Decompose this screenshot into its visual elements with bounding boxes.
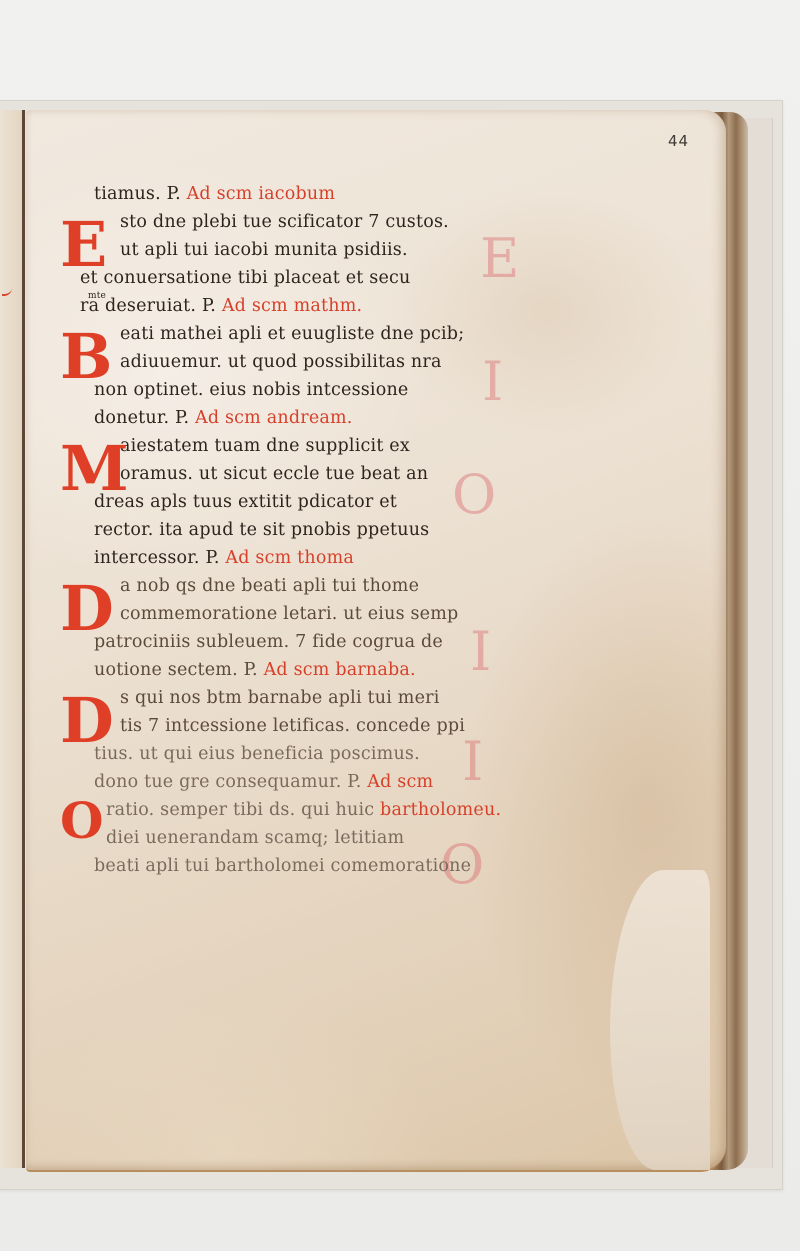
text-line: O ratio. semper tibi ds. qui huic bartho… bbox=[66, 796, 526, 824]
text-line: D a nob qs dne beati apli tui thome bbox=[66, 572, 526, 600]
line-text: s qui nos btm barnabe apli tui meri bbox=[120, 688, 440, 708]
line-text: commemoratione letari. ut eius semp bbox=[120, 604, 458, 624]
text-line: dono tue gre consequamur. P. Ad scm bbox=[66, 768, 526, 796]
text-line: M aiestatem tuam dne supplicit ex bbox=[66, 432, 526, 460]
text-line: donetur. P. Ad scm andream. bbox=[66, 404, 526, 432]
line-text: donetur. P. bbox=[94, 408, 189, 428]
line-text: beati apli tui bartholomei comemoratione bbox=[94, 856, 471, 876]
rubric-heading: Ad scm mathm. bbox=[222, 296, 362, 316]
line-text: intercessor. P. bbox=[94, 548, 220, 568]
text-line: patrociniis subleuem. 7 fide cogrua de bbox=[66, 628, 526, 656]
text-line: mte ra deseruiat. P. Ad scm mathm. bbox=[66, 292, 526, 320]
rubric-heading: Ad scm iacobum bbox=[187, 184, 336, 204]
text-line: commemoratione letari. ut eius semp bbox=[66, 600, 526, 628]
facing-page-rubric-mark bbox=[2, 288, 12, 296]
line-text: oramus. ut sicut eccle tue beat an bbox=[120, 464, 428, 484]
line-text: sto dne plebi tue scificator 7 custos. bbox=[120, 212, 449, 232]
line-text: tiamus. P. bbox=[94, 184, 181, 204]
line-text: uotione sectem. P. bbox=[94, 660, 258, 680]
text-line: rector. ita apud te sit pnobis ppetuus bbox=[66, 516, 526, 544]
line-text: dono tue gre consequamur. P. bbox=[94, 772, 362, 792]
text-line: D s qui nos btm barnabe apli tui meri bbox=[66, 684, 526, 712]
text-line: diei uenerandam scamq; letitiam bbox=[66, 824, 526, 852]
line-text: aiestatem tuam dne supplicit ex bbox=[120, 436, 410, 456]
text-line: non optinet. eius nobis intcessione bbox=[66, 376, 526, 404]
text-line: et conuersatione tibi placeat et secu bbox=[66, 264, 526, 292]
line-text: rector. ita apud te sit pnobis ppetuus bbox=[94, 520, 429, 540]
rubric-heading: Ad scm andream. bbox=[195, 408, 353, 428]
text-line: ut apli tui iacobi munita psidiis. bbox=[66, 236, 526, 264]
line-text: ratio. semper tibi ds. qui huic bbox=[106, 800, 374, 820]
line-text: et conuersatione tibi placeat et secu bbox=[80, 268, 411, 288]
line-text: non optinet. eius nobis intcessione bbox=[94, 380, 409, 400]
text-line: oramus. ut sicut eccle tue beat an bbox=[66, 460, 526, 488]
text-line: uotione sectem. P. Ad scm barnaba. bbox=[66, 656, 526, 684]
line-text: adiuuemur. ut quod possibilitas nra bbox=[120, 352, 442, 372]
text-line: adiuuemur. ut quod possibilitas nra bbox=[66, 348, 526, 376]
line-text: diei uenerandam scamq; letitiam bbox=[106, 828, 404, 848]
rubric-heading: Ad scm thoma bbox=[225, 548, 354, 568]
line-text: tius. ut qui eius beneficia poscimus. bbox=[94, 744, 420, 764]
line-text: dreas apls tuus extitit pdicator et bbox=[94, 492, 397, 512]
manuscript-text-block: tiamus. P. Ad scm iacobum E sto dne pleb… bbox=[66, 180, 526, 880]
text-line: beati apli tui bartholomei comemoratione bbox=[66, 852, 526, 880]
text-line: intercessor. P. Ad scm thoma bbox=[66, 544, 526, 572]
facing-page-edge bbox=[0, 110, 25, 1168]
text-line: tiamus. P. Ad scm iacobum bbox=[66, 180, 526, 208]
rubric-heading: Ad scm bbox=[367, 772, 433, 792]
line-text: tis 7 intcessione letificas. concede ppi bbox=[120, 716, 465, 736]
text-line: tius. ut qui eius beneficia poscimus. bbox=[66, 740, 526, 768]
line-text: patrociniis subleuem. 7 fide cogrua de bbox=[94, 632, 443, 652]
line-text: a nob qs dne beati apli tui thome bbox=[120, 576, 419, 596]
folio-number: 44 bbox=[668, 132, 689, 150]
line-text: eati mathei apli et euuglistе dne pcib; bbox=[120, 324, 464, 344]
rubric-heading: Ad scm barnaba. bbox=[264, 660, 416, 680]
interlinear-correction: mte bbox=[88, 282, 106, 310]
text-line: tis 7 intcessione letificas. concede ppi bbox=[66, 712, 526, 740]
text-line: dreas apls tuus extitit pdicator et bbox=[66, 488, 526, 516]
text-line: E sto dne plebi tue scificator 7 custos. bbox=[66, 208, 526, 236]
line-text: ut apli tui iacobi munita psidiis. bbox=[120, 240, 408, 260]
text-line: B eati mathei apli et euuglistе dne pcib… bbox=[66, 320, 526, 348]
rubric-heading: bartholomeu. bbox=[380, 800, 501, 820]
